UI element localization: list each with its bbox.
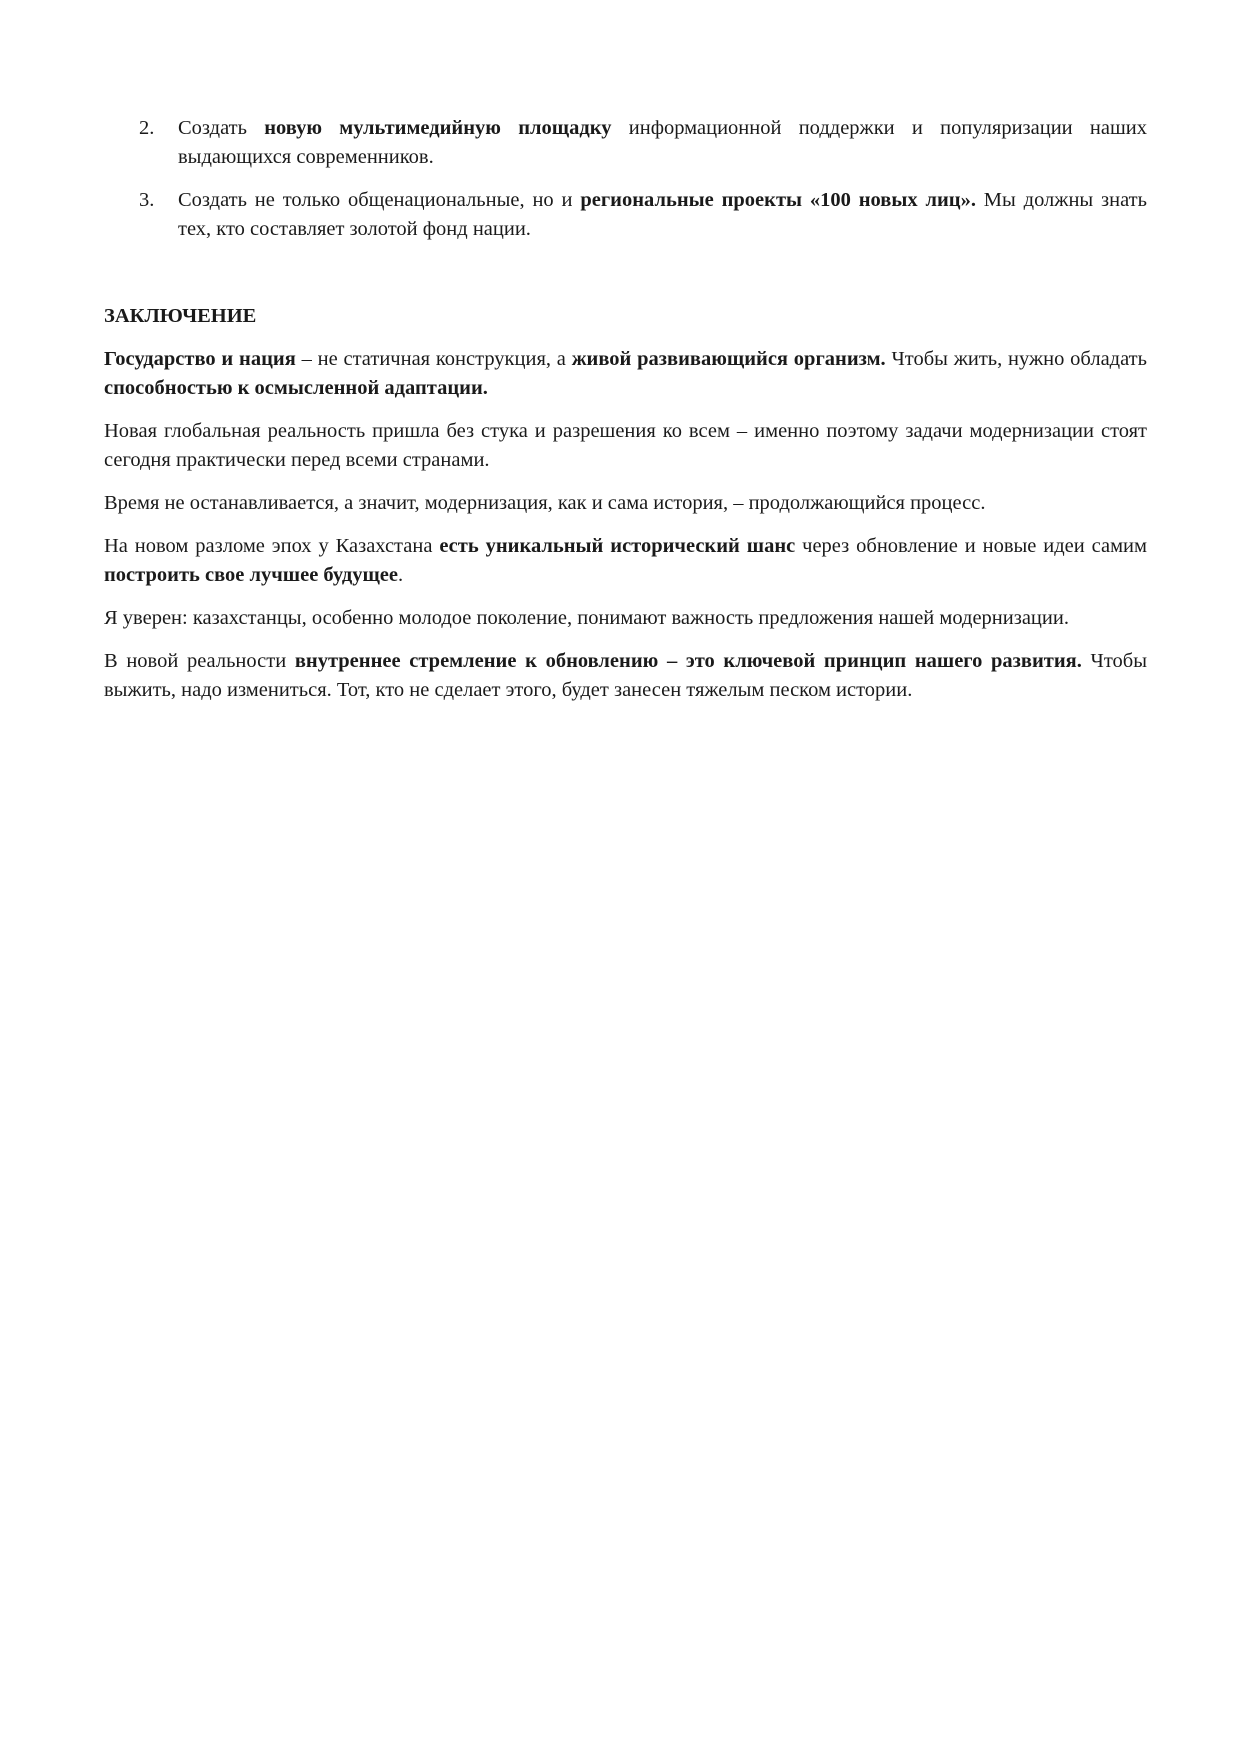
document-page: 2. Создать новую мультимедийную площадку… [104,114,1147,719]
paragraph-time: Время не останавливается, а значит, моде… [104,489,1147,518]
list-item: 2. Создать новую мультимедийную площадку… [104,114,1147,172]
section-heading: ЗАКЛЮЧЕНИЕ [104,302,1147,331]
list-text: Создать не только общенациональные, но и… [178,189,1147,240]
proposal-list: 2. Создать новую мультимедийную площадку… [104,114,1147,244]
paragraph-confidence: Я уверен: казахстанцы, особенно молодое … [104,604,1147,633]
list-number: 3. [139,186,154,215]
list-item: 3. Создать не только общенациональные, н… [104,186,1147,244]
paragraph-state-and-nation: Государство и нация – не статичная конст… [104,345,1147,403]
list-number: 2. [139,114,154,143]
paragraph-global-reality: Новая глобальная реальность пришла без с… [104,417,1147,475]
paragraph-new-reality: В новой реальности внутреннее стремление… [104,647,1147,705]
paragraph-unique-chance: На новом разломе эпох у Казахстана есть … [104,532,1147,590]
list-text: Создать новую мультимедийную площадку ин… [178,117,1147,168]
